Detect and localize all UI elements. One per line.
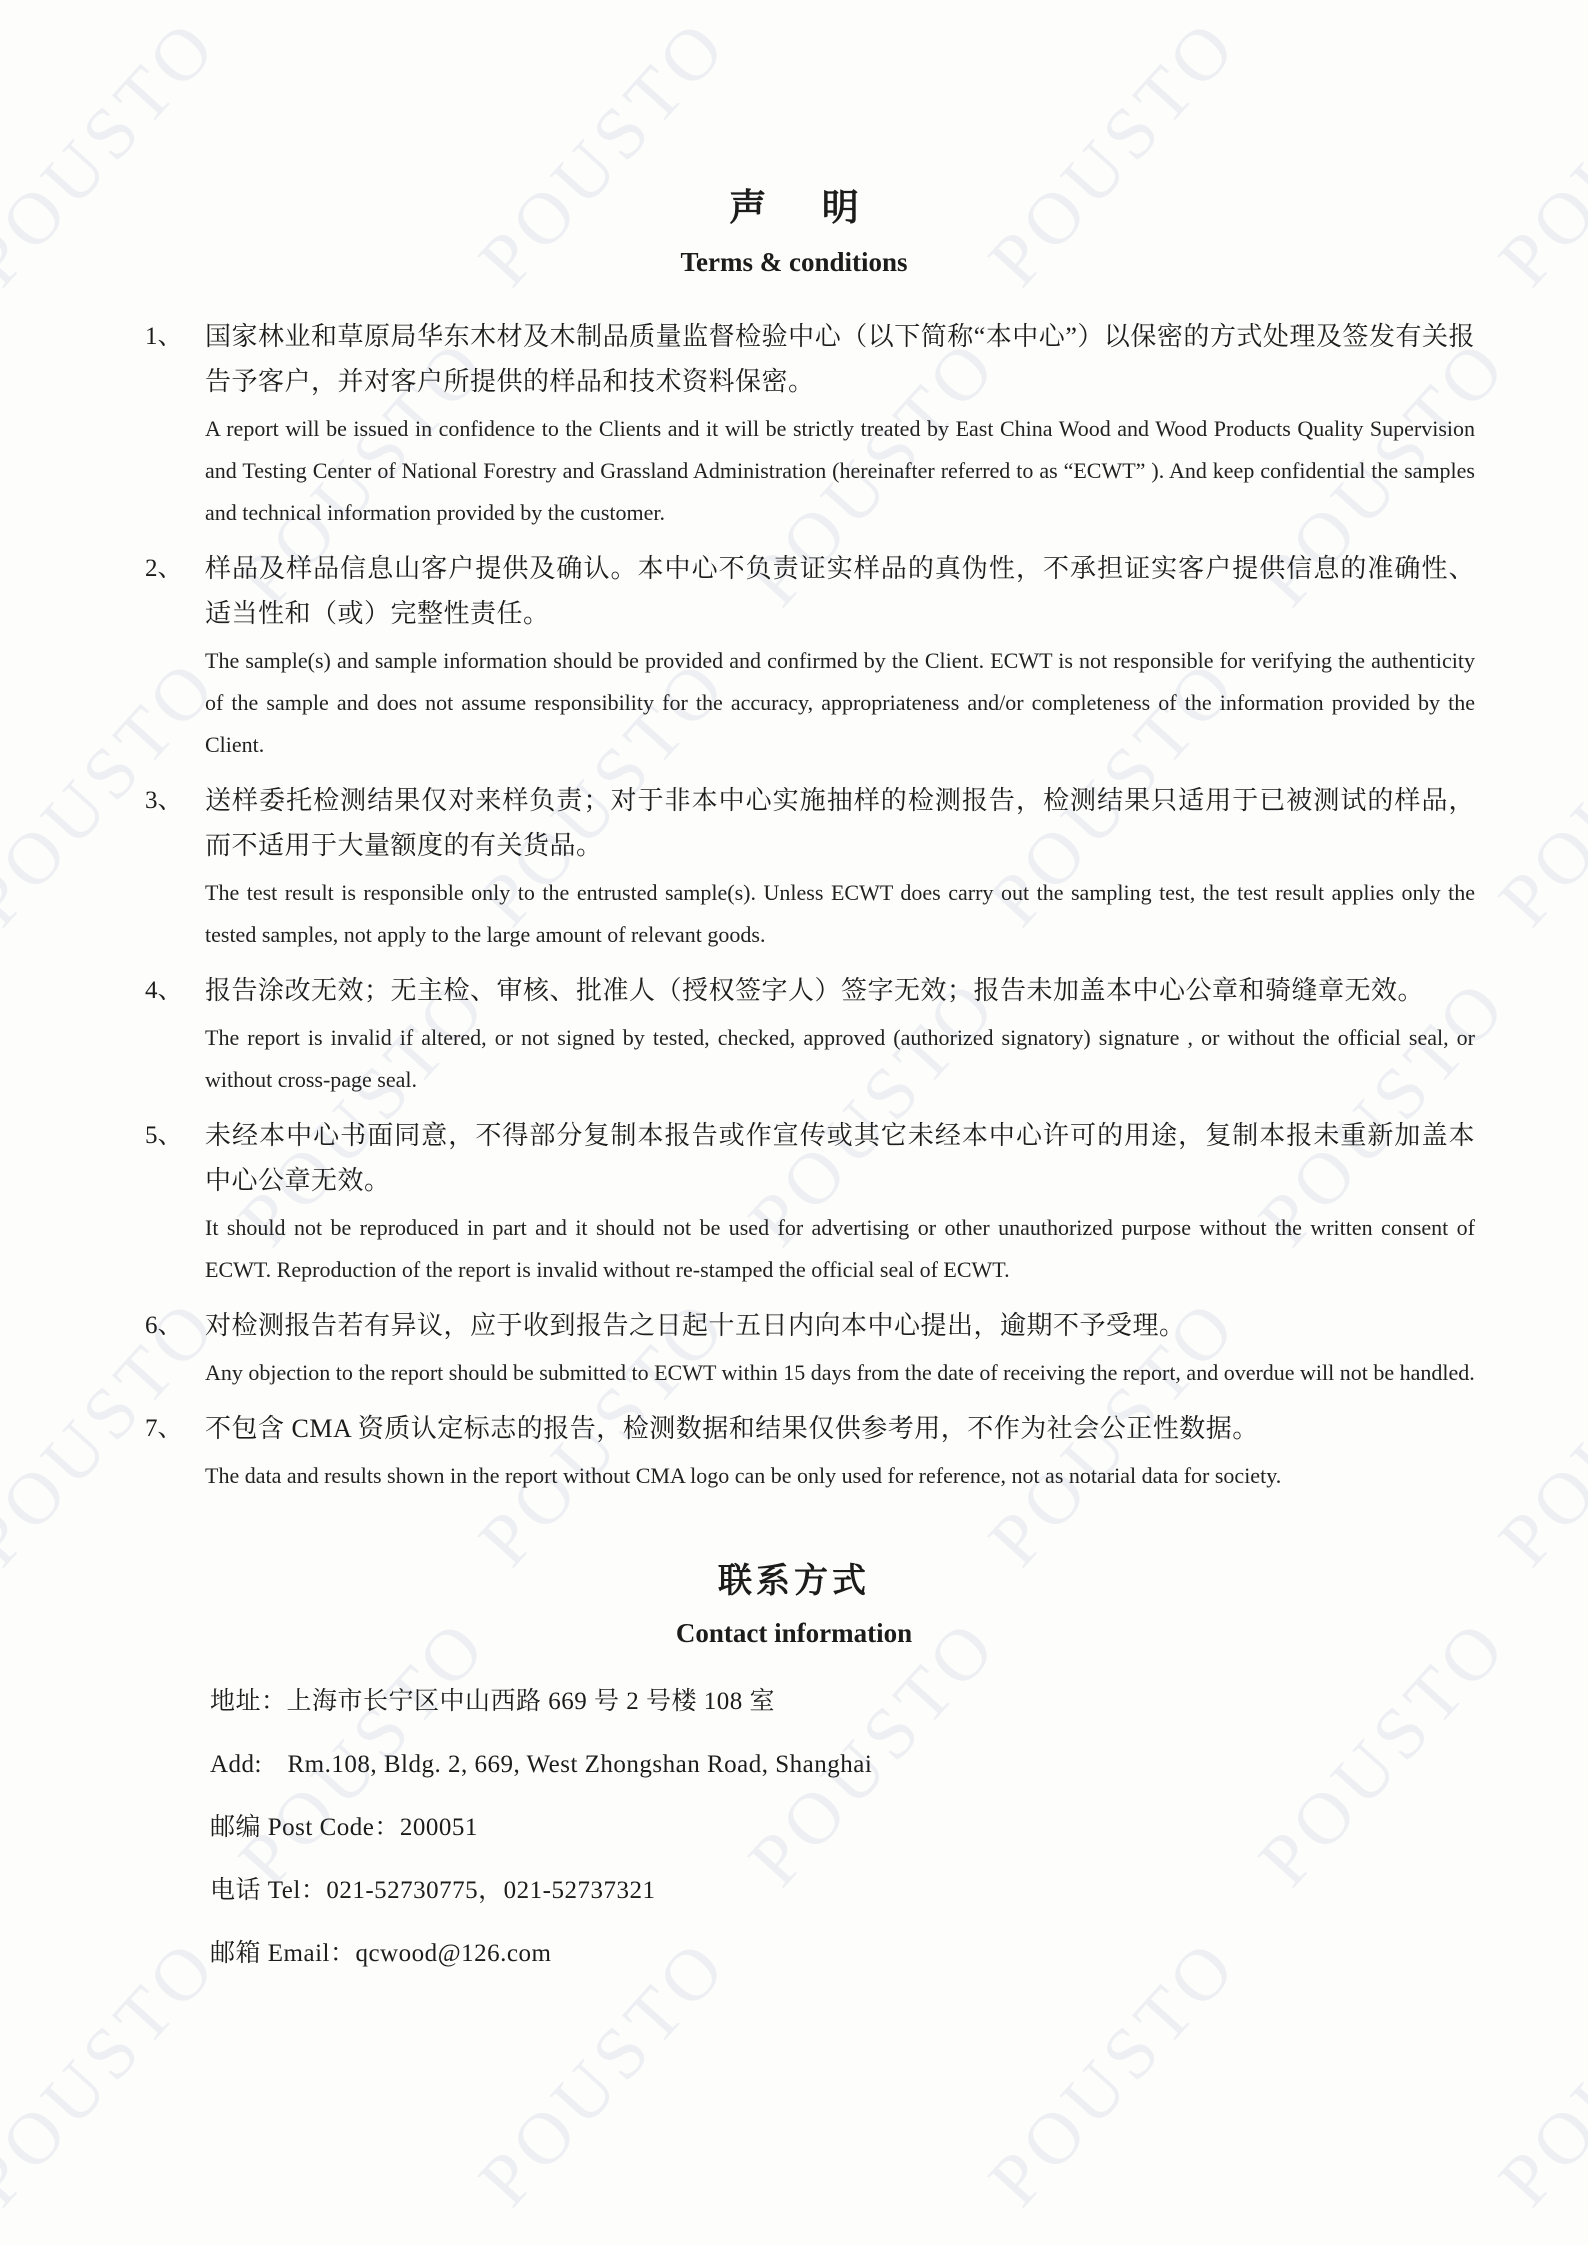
contact-line-email: 邮箱 Email：qcwood@126.com bbox=[210, 1939, 1588, 1969]
term-text-zh: 送样委托检测结果仅对来样负责；对于非本中心实施抽样的检测报告，检测结果只适用于已… bbox=[205, 778, 1475, 868]
term-item-1: 1、 国家林业和草原局华东木材及木制品质量监督检验中心（以下简称“本中心”）以保… bbox=[145, 314, 1475, 534]
term-text-zh: 对检测报告若有异议，应于收到报告之日起十五日内向本中心提出，逾期不予受理。 bbox=[205, 1303, 1475, 1348]
contact-section: 联系方式 Contact information 地址：上海市长宁区中山西路 6… bbox=[0, 1553, 1588, 1969]
contact-line-postcode: 邮编 Post Code：200051 bbox=[210, 1813, 1588, 1843]
term-item-7: 7、 不包含 CMA 资质认定标志的报告，检测数据和结果仅供参考用，不作为社会公… bbox=[145, 1406, 1475, 1497]
contact-lines: 地址：上海市长宁区中山西路 669 号 2 号楼 108 室 Add: Rm.1… bbox=[210, 1687, 1588, 1969]
contact-heading-en: Contact information bbox=[0, 1618, 1588, 1649]
contact-line-telephone: 电话 Tel：021-52730775，021-52737321 bbox=[210, 1876, 1588, 1906]
document-page: 声明 Terms & conditions 1、 国家林业和草原局华东木材及木制… bbox=[0, 0, 1588, 1969]
term-text-en: The test result is responsible only to t… bbox=[205, 872, 1475, 956]
term-number: 4、 bbox=[145, 968, 205, 1013]
term-number: 3、 bbox=[145, 778, 205, 823]
term-text-zh: 不包含 CMA 资质认定标志的报告，检测数据和结果仅供参考用，不作为社会公正性数… bbox=[205, 1406, 1475, 1451]
term-text-en: It should not be reproduced in part and … bbox=[205, 1207, 1475, 1291]
term-number: 1、 bbox=[145, 314, 205, 359]
term-item-2: 2、 样品及样品信息山客户提供及确认。本中心不负责证实样品的真伪性，不承担证实客… bbox=[145, 546, 1475, 766]
term-text-en: The report is invalid if altered, or not… bbox=[205, 1017, 1475, 1101]
term-number: 2、 bbox=[145, 546, 205, 591]
term-item-6: 6、 对检测报告若有异议，应于收到报告之日起十五日内向本中心提出，逾期不予受理。… bbox=[145, 1303, 1475, 1394]
term-text-zh: 国家林业和草原局华东木材及木制品质量监督检验中心（以下简称“本中心”）以保密的方… bbox=[205, 314, 1475, 404]
term-item-4: 4、 报告涂改无效；无主检、审核、批准人（授权签字人）签字无效；报告未加盖本中心… bbox=[145, 968, 1475, 1101]
term-text-zh: 样品及样品信息山客户提供及确认。本中心不负责证实样品的真伪性，不承担证实客户提供… bbox=[205, 546, 1475, 636]
term-text-en: The sample(s) and sample information sho… bbox=[205, 640, 1475, 766]
term-text-en: Any objection to the report should be su… bbox=[205, 1352, 1475, 1394]
term-text-en: The data and results shown in the report… bbox=[205, 1455, 1475, 1497]
term-number: 5、 bbox=[145, 1113, 205, 1158]
contact-line-address-zh: 地址：上海市长宁区中山西路 669 号 2 号楼 108 室 bbox=[210, 1687, 1588, 1717]
terms-list: 1、 国家林业和草原局华东木材及木制品质量监督检验中心（以下简称“本中心”）以保… bbox=[145, 314, 1475, 1497]
page-title-en: Terms & conditions bbox=[0, 247, 1588, 278]
contact-line-address-en: Add: Rm.108, Bldg. 2, 669, West Zhongsha… bbox=[210, 1750, 1588, 1780]
page-title-zh: 声明 bbox=[0, 188, 1588, 231]
term-text-zh: 报告涂改无效；无主检、审核、批准人（授权签字人）签字无效；报告未加盖本中心公章和… bbox=[205, 968, 1475, 1013]
term-text-zh: 未经本中心书面同意，不得部分复制本报告或作宣传或其它未经本中心许可的用途，复制本… bbox=[205, 1113, 1475, 1203]
term-number: 6、 bbox=[145, 1303, 205, 1348]
term-text-en: A report will be issued in confidence to… bbox=[205, 408, 1475, 534]
term-item-5: 5、 未经本中心书面同意，不得部分复制本报告或作宣传或其它未经本中心许可的用途，… bbox=[145, 1113, 1475, 1291]
contact-heading-zh: 联系方式 bbox=[0, 1553, 1588, 1602]
term-item-3: 3、 送样委托检测结果仅对来样负责；对于非本中心实施抽样的检测报告，检测结果只适… bbox=[145, 778, 1475, 956]
term-number: 7、 bbox=[145, 1406, 205, 1451]
